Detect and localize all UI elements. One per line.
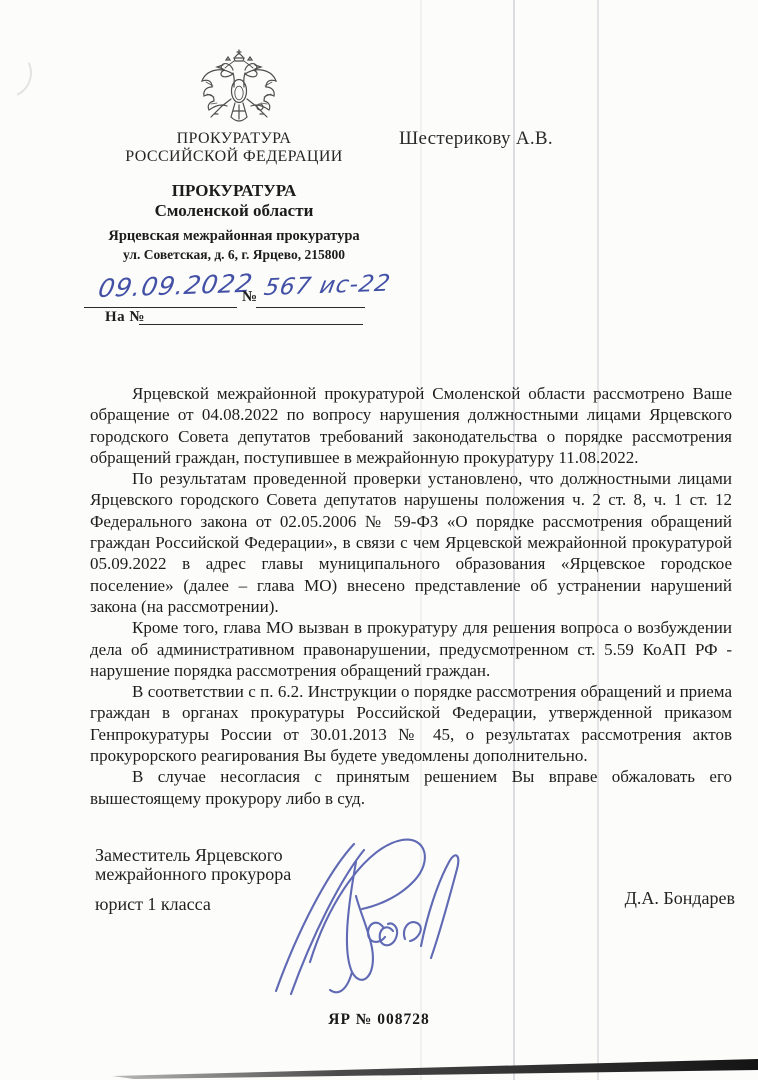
org-name: ПРОКУРАТУРА РОССИЙСКОЙ ФЕДЕРАЦИИ <box>76 130 392 166</box>
reply-underline <box>139 324 363 325</box>
number-sign-label: № <box>242 289 257 306</box>
local-office-name: Ярцевская межрайонная прокуратура <box>76 228 392 245</box>
date-underline <box>84 307 237 308</box>
paragraph: Кроме того, глава МО вызван в прокуратур… <box>90 617 732 681</box>
scan-corner-shadow <box>0 41 39 105</box>
regional-office-line1: ПРОКУРАТУРА <box>76 181 392 201</box>
number-underline <box>256 307 365 308</box>
regional-office-name: ПРОКУРАТУРА Смоленской области <box>76 181 392 221</box>
signer-rank: юрист 1 класса <box>95 894 211 915</box>
signer-position-line2: межрайонного прокурора <box>95 864 291 885</box>
paragraph: В соответствии с п. 6.2. Инструкции о по… <box>90 681 732 766</box>
org-name-line2: РОССИЙСКОЙ ФЕДЕРАЦИИ <box>76 148 392 166</box>
paragraph: В случае несогласия с принятым решением … <box>90 766 732 809</box>
signer-position-line1: Заместитель Ярцевского <box>95 845 283 866</box>
letter-body: Ярцевской межрайонной прокуратурой Смоле… <box>90 383 732 809</box>
signer-name: Д.А. Бондарев <box>590 888 735 909</box>
paragraph: По результатам проведенной проверки уста… <box>90 468 732 617</box>
scanned-letter-page: ПРОКУРАТУРА РОССИЙСКОЙ ФЕДЕРАЦИИ ПРОКУРА… <box>0 0 758 1080</box>
handwritten-date: 09.09.2022 <box>96 269 255 303</box>
handwritten-outgoing-number: 567 ис-22 <box>262 271 393 301</box>
org-name-line1: ПРОКУРАТУРА <box>76 130 392 148</box>
paragraph: Ярцевской межрайонной прокуратурой Смоле… <box>90 383 732 468</box>
russian-coat-of-arms-icon <box>197 48 281 124</box>
regional-office-line2: Смоленской области <box>76 201 392 221</box>
form-number-stamp: ЯР № 008728 <box>0 1011 758 1029</box>
office-address: ул. Советская, д. 6, г. Ярцево, 215800 <box>76 247 392 263</box>
recipient-name: Шестерикову А.В. <box>399 128 553 150</box>
